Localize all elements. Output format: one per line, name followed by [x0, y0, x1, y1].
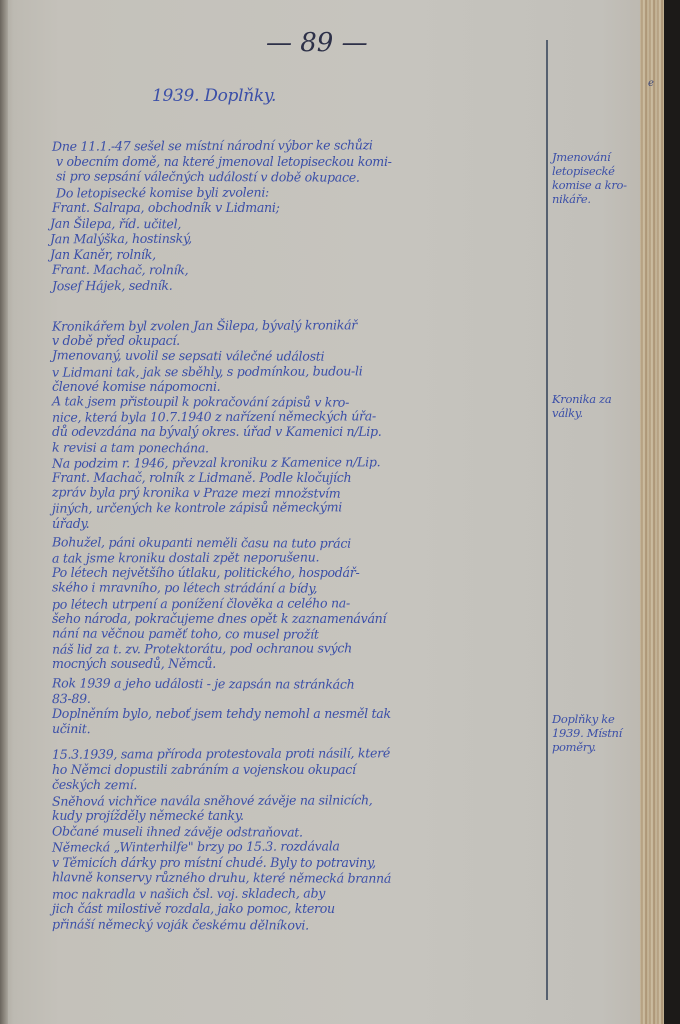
handwritten-line: hlavně konservy různého druhu, které něm…	[52, 869, 391, 885]
handwritten-line: v Lidmani tak, jak se sběhly, s podmínko…	[52, 363, 362, 379]
handwritten-line: si pro sepsání válečných událostí v době…	[56, 168, 360, 184]
handwritten-line: Jan Šilepa, říd. učitel,	[50, 215, 181, 231]
handwritten-line: v obecním domě, na které jmenoval letopi…	[56, 154, 392, 169]
margin-note-supplements: Doplňky ke 1939. Místní poměry.	[552, 712, 644, 754]
handwritten-line: mocných sousedů, Němců.	[52, 656, 216, 671]
handwritten-line: Frant. Machač, rolník,	[52, 262, 188, 278]
page-gutter-shadow	[0, 0, 8, 1024]
handwritten-line: Rok 1939 a jeho události - je zapsán na …	[52, 675, 355, 691]
handwritten-line: zpráv byla prý kronika v Praze mezi množ…	[52, 485, 341, 501]
handwritten-line: Jmenovaný, uvolil se sepsati válečné udá…	[52, 348, 324, 364]
handwritten-line: Německá „Winterhilfe" brzy po 15.3. rozd…	[52, 838, 340, 854]
handwritten-line: jiných, určených ke kontrole zápisů něme…	[52, 500, 342, 516]
handwritten-line: v Těmicích dárky pro místní chudé. Byly …	[52, 855, 376, 870]
handwritten-line: nice, která byla 10.7.1940 z nařízení ně…	[52, 408, 376, 424]
handwritten-line: Josef Hájek, sedník.	[52, 277, 173, 293]
margin-rule-line	[546, 40, 548, 1000]
handwritten-line: učinit.	[52, 721, 90, 736]
handwritten-line: jich část milostivě rozdala, jako pomoc,…	[52, 901, 335, 916]
handwritten-line: nání na věčnou paměť toho, co musel prož…	[52, 625, 319, 641]
handwritten-line: Po létech největšího útlaku, politického…	[52, 565, 359, 580]
handwritten-line: moc nakradla v našich čsl. voj. skladech…	[52, 885, 325, 901]
section-title: 1939. Doplňky.	[152, 86, 276, 106]
handwritten-line: Frant. Machač, rolník z Lidmaně. Podle k…	[52, 470, 351, 485]
handwritten-line: v době před okupací.	[52, 333, 180, 348]
handwritten-line: přináší německý voják českému dělníkovi.	[52, 916, 309, 932]
handwritten-line: k revisi a tam ponechána.	[52, 439, 209, 455]
handwritten-line: Sněhová vichřice navála sněhové závěje n…	[52, 792, 373, 808]
handwritten-line: náš lid za t. zv. Protektorátu, pod ochr…	[52, 641, 352, 657]
handwritten-line: úřady.	[52, 516, 89, 531]
handwritten-line: ského i mravního, po létech strádání a b…	[52, 580, 317, 596]
page-number: — 89 —	[266, 28, 368, 58]
handwritten-line: Občané museli ihned závěje odstraňovat.	[52, 823, 303, 839]
handwritten-line: Na podzim r. 1946, převzal kroniku z Kam…	[52, 454, 380, 470]
handwritten-line: a tak jsme kroniku dostali zpět neporuše…	[52, 549, 319, 565]
handwritten-line: českých zemí.	[52, 777, 137, 792]
handwritten-line: členové komise nápomocni.	[52, 379, 220, 394]
handwritten-line: A tak jsem přistoupil k pokračování zápi…	[52, 393, 349, 409]
handwritten-line: Do letopisecké komise byli zvoleni:	[56, 184, 269, 200]
handwritten-line: Jan Kaněr, rolník,	[50, 247, 156, 262]
handwritten-line: Dne 11.1.-47 sešel se místní národní výb…	[52, 137, 373, 153]
handwritten-line: kudy projížděly německé tanky.	[52, 808, 244, 823]
handwritten-line: Frant. Salrapa, obchodník v Lidmani;	[52, 200, 280, 215]
edge-mark: e	[648, 78, 654, 89]
handwritten-line: 83-89.	[52, 691, 91, 706]
handwritten-line: ho Němci dopustili zabráním a vojenskou …	[52, 762, 356, 777]
handwritten-line: šeho národa, pokračujeme dnes opět k zaz…	[52, 611, 386, 626]
handwritten-line: 15.3.1939, sama příroda protestovala pro…	[52, 745, 390, 761]
handwritten-line: Bohužel, páni okupanti neměli času na tu…	[52, 534, 351, 550]
handwritten-line: Jan Malýška, hostinský,	[50, 231, 192, 247]
handwritten-line: dů odevzdána na bývalý okres. úřad v Kam…	[52, 424, 382, 439]
margin-note-chronicle-war: Kronika za války.	[552, 392, 644, 420]
handwritten-line: Doplněním bylo, neboť jsem tehdy nemohl …	[52, 706, 391, 721]
handwritten-line: po létech utrpení a ponížení člověka a c…	[52, 595, 350, 611]
handwritten-line: Kronikářem byl zvolen Jan Šilepa, bývalý…	[52, 317, 357, 333]
book-binding	[664, 0, 680, 1024]
margin-note-commission: Jmenování letopisecké komise a kro-nikář…	[552, 150, 644, 206]
